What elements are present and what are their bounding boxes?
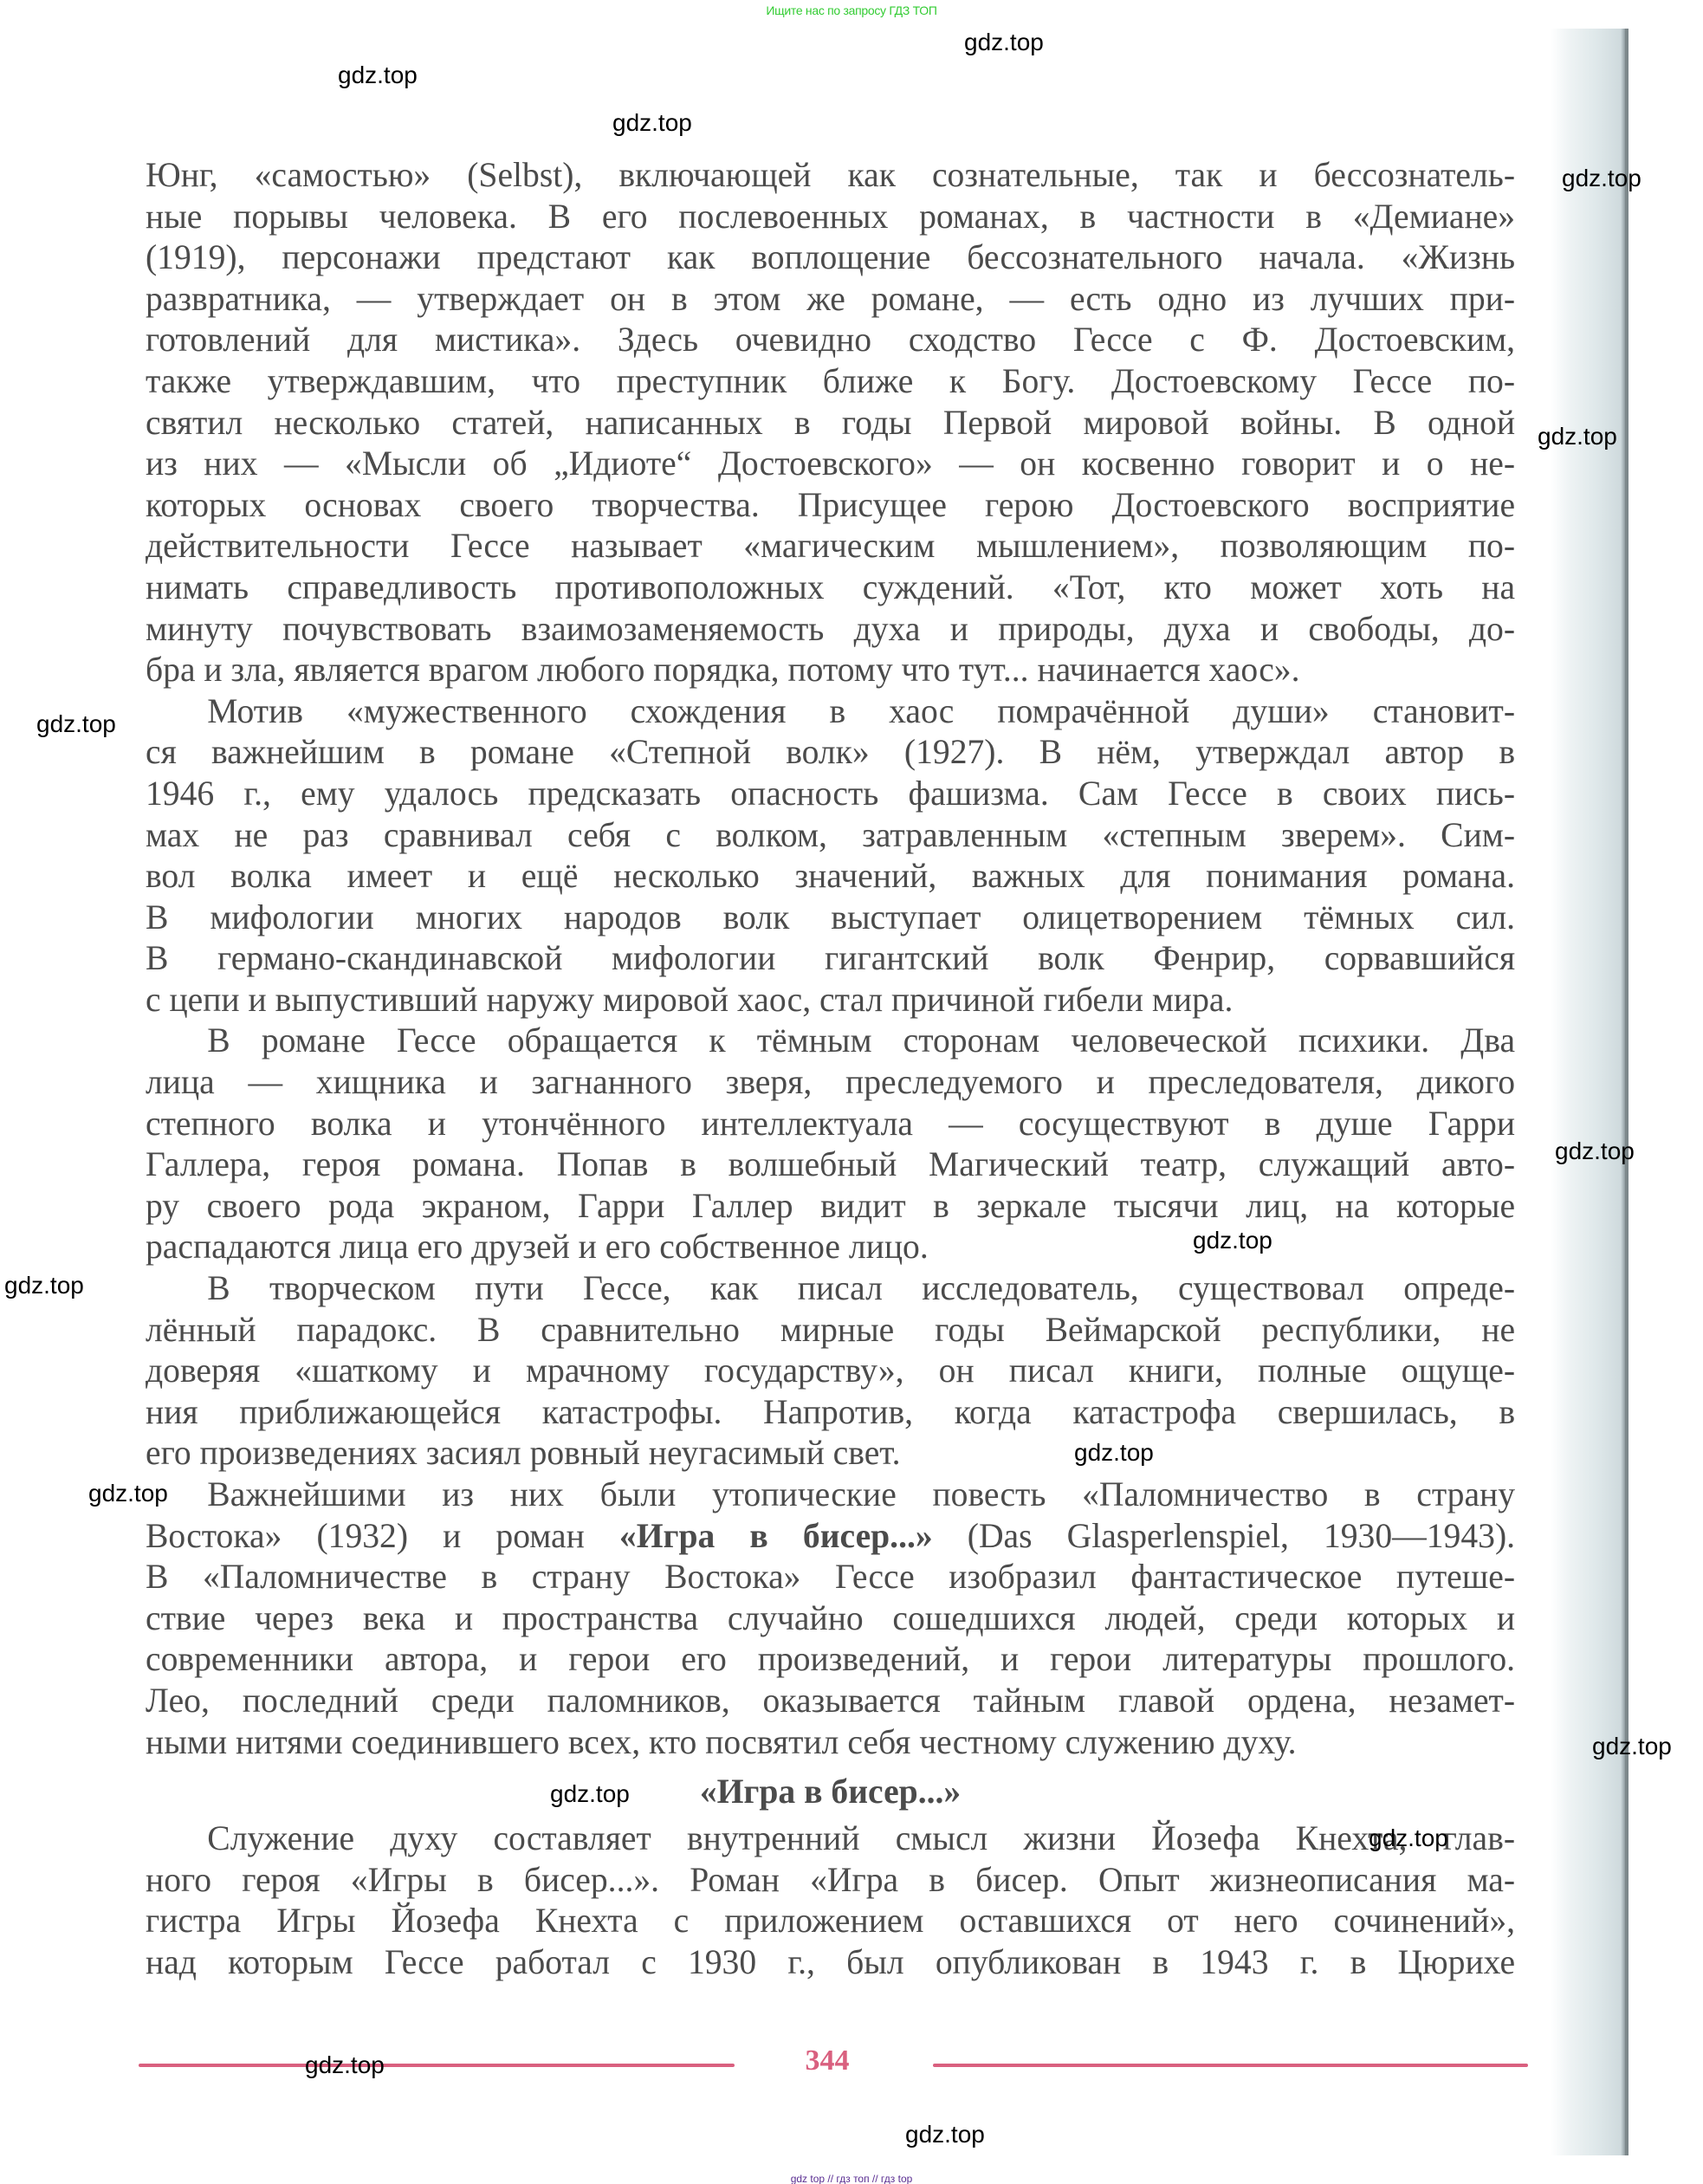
page-edge-line [1625,29,1629,2155]
section-text-block: Служение духу составляет внутренний смыс… [146,1818,1515,1982]
watermark: gdz.top [1193,1228,1272,1253]
body-line: Служение духу составляет внутренний смыс… [146,1818,1515,1859]
body-line: ствие через века и пространства случайно… [146,1597,1515,1639]
footer-rule-left [139,2064,735,2067]
body-line: Галлера, героя романа. Попав в волшебный… [146,1144,1515,1185]
body-line: Важнейшими из них были утопические повес… [146,1474,1515,1515]
body-line: В германо-скандинавской мифологии гигант… [146,937,1515,979]
watermark: gdz.top [905,2122,985,2147]
body-text-block-2: В «Паломничестве в страну Востока» Гессе… [146,1556,1515,1762]
body-line-with-bold-title: Востока» (1932) и роман «Игра в бисер...… [146,1515,1515,1557]
body-line: с цепи и выпустивший наружу мировой хаос… [146,979,1515,1021]
body-line: Юнг, «самостью» (Selbst), включающей как… [146,154,1515,196]
watermark: gdz.top [612,111,692,135]
body-line: В творческом пути Гессе, как писал иссле… [146,1267,1515,1309]
watermark: gdz.top [1074,1441,1154,1465]
body-line: В «Паломничестве в страну Востока» Гессе… [146,1556,1515,1597]
body-line: степного волка и утончённого интеллектуа… [146,1103,1515,1144]
body-line: святил несколько статей, написанных в го… [146,402,1515,444]
body-line: ся важнейшим в романе «Степной волк» (19… [146,731,1515,773]
search-banner: Ищите нас по запросу ГДЗ ТОП [0,3,1703,17]
body-text-block-1: Юнг, «самостью» (Selbst), включающей как… [146,154,1515,1515]
watermark: gdz.top [338,63,418,87]
body-line: ными нитями соединившего всех, кто посвя… [146,1721,1515,1763]
watermark: gdz.top [305,2053,385,2077]
body-line: также утверждавшим, что преступник ближе… [146,360,1515,402]
body-line: В романе Гессе обращается к тёмным сторо… [146,1020,1515,1061]
watermark: gdz.top [964,30,1044,55]
body-line: ния приближающейся катастрофы. Напротив,… [146,1391,1515,1433]
text-after-title: (Das Glasperlenspiel, 1930—1943). [933,1516,1515,1555]
body-line: гистра Игры Йозефа Кнехта с приложением … [146,1900,1515,1941]
body-line: 1946 г., ему удалось предсказать опаснос… [146,773,1515,814]
body-line: минуту почувствовать взаимозаменяемость … [146,608,1515,650]
body-line: Мотив «мужественного схождения в хаос по… [146,690,1515,732]
body-line: Лео, последний среди паломников, оказыва… [146,1680,1515,1721]
text-before-title: Востока» (1932) и роман [146,1516,619,1555]
footer-rule-right [933,2064,1528,2067]
body-line: мах не раз сравнивал себя с волком, затр… [146,814,1515,856]
watermark: gdz.top [550,1782,630,1806]
body-line: развратника, — утверждает он в этом же р… [146,278,1515,320]
body-line: над которым Гессе работал с 1930 г., был… [146,1941,1515,1983]
watermark: gdz.top [1369,1826,1448,1850]
body-line: действительности Гессе называет «магичес… [146,525,1515,567]
body-line: современники автора, и герои его произве… [146,1638,1515,1680]
body-line: ного героя «Игры в бисер...». Роман «Игр… [146,1859,1515,1901]
watermark: gdz.top [1538,424,1617,449]
body-line: распадаются лица его друзей и его собств… [146,1226,1515,1267]
body-line: вол волка имеет и ещё несколько значений… [146,855,1515,897]
page-edge-shading [1551,29,1627,2155]
bold-book-title: «Игра в бисер...» [619,1516,933,1555]
watermark: gdz.top [1555,1139,1635,1163]
body-line: В мифологии многих народов волк выступае… [146,897,1515,938]
body-line: которых основах своего творчества. Прису… [146,484,1515,526]
watermark: gdz.top [88,1481,168,1506]
watermark: gdz.top [4,1273,84,1298]
watermark: gdz.top [1562,166,1641,191]
body-line: ру своего рода экраном, Гарри Галлер вид… [146,1185,1515,1227]
body-line: (1919), персонажи предстают как воплощен… [146,237,1515,278]
body-line: ные порывы человека. В его послевоенных … [146,196,1515,237]
body-line: доверяя «шаткому и мрачному государству»… [146,1350,1515,1391]
watermark: gdz.top [36,712,116,736]
section-heading: «Игра в бисер...» [146,1762,1515,1818]
body-line: бра и зла, является врагом любого порядк… [146,649,1515,690]
body-line: его произведениях засиял ровный неугасим… [146,1432,1515,1474]
body-line: готовлений для мистика». Здесь очевидно … [146,319,1515,360]
bottom-links[interactable]: gdz top // гдз топ // гдз top [0,2173,1703,2184]
page-number: 344 [797,2045,858,2077]
body-line: лица — хищника и загнанного зверя, пресл… [146,1061,1515,1103]
page-body: Юнг, «самостью» (Selbst), включающей как… [146,154,1515,1983]
body-line: лённый парадокс. В сравнительно мирные г… [146,1309,1515,1351]
body-line: нимать справедливость противоположных су… [146,567,1515,608]
watermark: gdz.top [1592,1734,1672,1759]
body-line: из них — «Мысли об „Идиоте“ Достоевского… [146,443,1515,484]
